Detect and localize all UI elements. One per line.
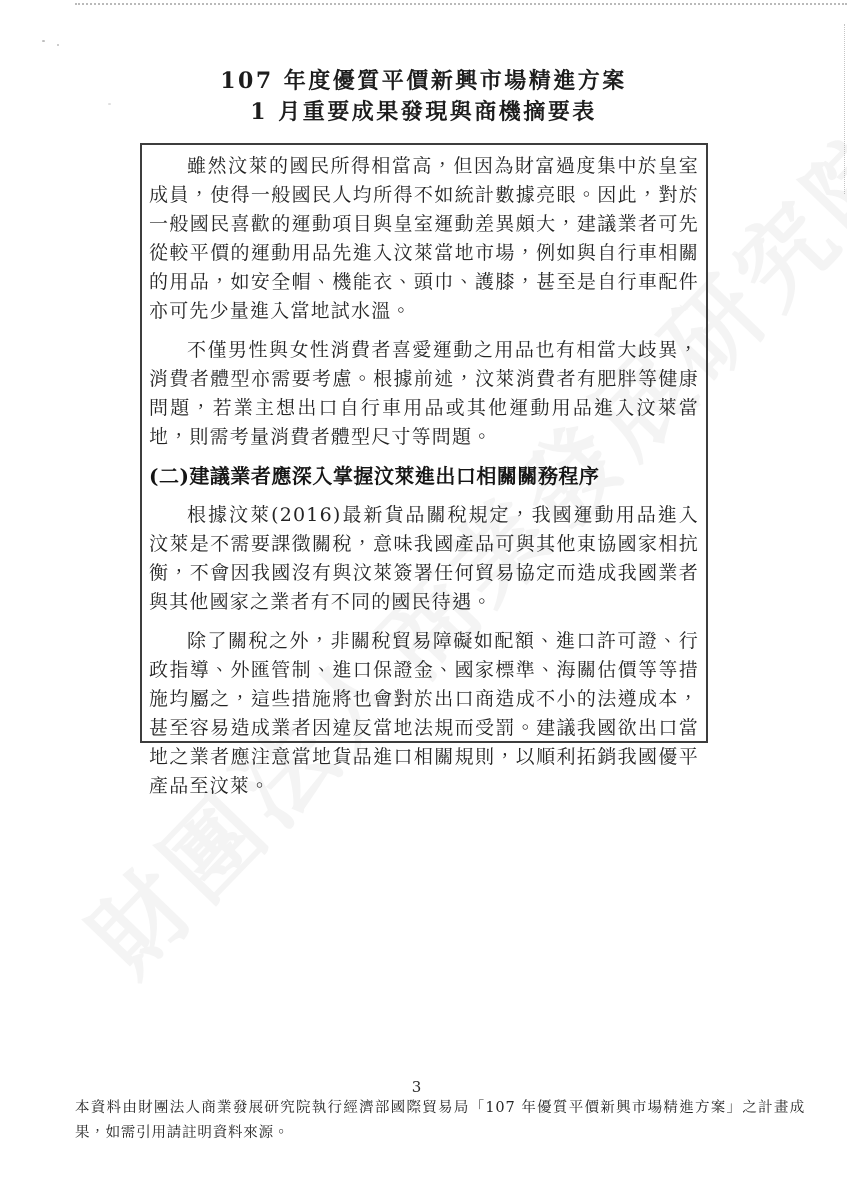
paragraph-non-tariff-barriers: 除了關稅之外，非關稅貿易障礙如配額、進口許可證、行政指導、外匯管制、進口保證金、…	[149, 627, 699, 801]
title-line-1: 107 年度優質平價新興市場精進方案	[0, 66, 847, 97]
scan-speck	[42, 40, 45, 42]
paragraph-consumer-body-type: 不僅男性與女性消費者喜愛運動之用品也有相當大歧異，消費者體型亦需要考慮。根據前述…	[149, 336, 699, 452]
title-line-2: 1 月重要成果發現與商機摘要表	[0, 97, 847, 128]
page-number: 3	[0, 1078, 833, 1096]
scan-artifact-top-line	[75, 3, 847, 5]
document-title: 107 年度優質平價新興市場精進方案 1 月重要成果發現與商機摘要表	[0, 66, 847, 128]
paragraph-tariff-rules: 根據汶萊(2016)最新貨品關稅規定，我國運動用品進入汶萊是不需要課徵關稅，意味…	[149, 501, 699, 617]
paragraph-brunei-income: 雖然汶萊的國民所得相當高，但因為財富過度集中於皇室成員，使得一般國民人均所得不如…	[149, 152, 699, 326]
summary-content-box: 雖然汶萊的國民所得相當高，但因為財富過度集中於皇室成員，使得一般國民人均所得不如…	[140, 143, 708, 743]
document-page: 財團法人商業發展研究院 107 年度優質平價新興市場精進方案 1 月重要成果發現…	[0, 0, 847, 1200]
section-heading-customs-procedures: (二)建議業者應深入掌握汶萊進出口相關關務程序	[149, 462, 699, 491]
scan-speck	[57, 44, 59, 46]
footer-note: 本資料由財團法人商業發展研究院執行經濟部國際貿易局「107 年優質平價新興市場精…	[75, 1096, 805, 1146]
